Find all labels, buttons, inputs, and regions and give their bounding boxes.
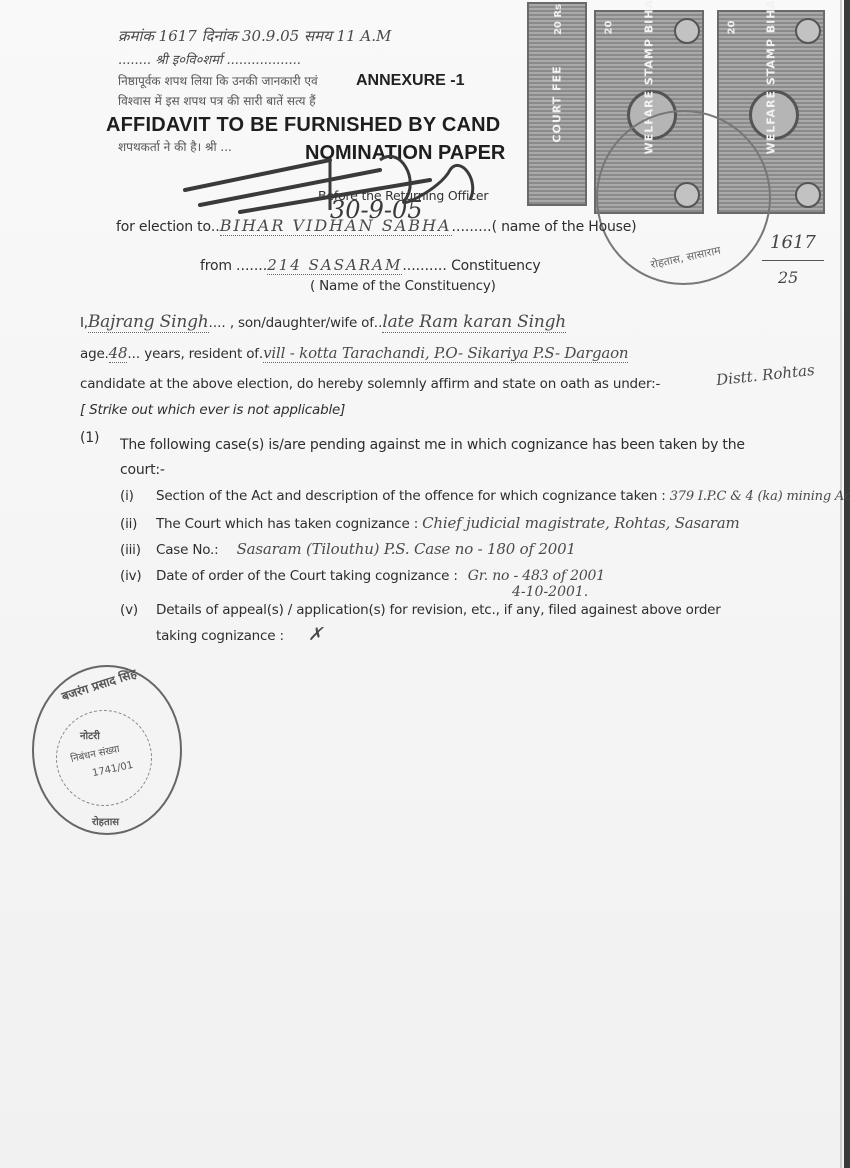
oath-statement: candidate at the above election, do here…: [80, 376, 660, 392]
from-prefix: from: [200, 258, 232, 274]
i-prefix: I,: [80, 315, 88, 331]
stamp-value: 20: [603, 21, 614, 35]
strike-out-note: [ Strike out which ever is not applicabl…: [80, 402, 345, 418]
annexure-label: ANNEXURE -1: [356, 72, 464, 90]
item-label: Details of appeal(s) / application(s) fo…: [156, 602, 721, 618]
item-number: (v): [120, 602, 156, 618]
item-number: (ii): [120, 516, 156, 532]
item-v-line-2: taking cognizance : ✗: [156, 624, 323, 645]
section-1-text-2: court:-: [120, 462, 165, 478]
constituency-label: Constituency: [451, 258, 540, 274]
item-number: (i): [120, 488, 156, 504]
stamp-rosette-icon: [674, 18, 700, 44]
constituency-field: 214 SASARAM: [267, 256, 402, 275]
notary-seal-title: नोटरी: [80, 728, 100, 742]
item-number: (iii): [120, 542, 156, 558]
item-label: The Court which has taken cognizance :: [156, 516, 418, 532]
item-value: ✗: [308, 624, 323, 645]
item-v: (v)Details of appeal(s) / application(s)…: [120, 602, 721, 618]
relation-label: , son/daughter/wife of: [230, 315, 374, 331]
father-name-field: late Ram karan Singh: [382, 312, 566, 333]
item-iv: (iv)Date of order of the Court taking co…: [120, 568, 605, 584]
stamp-value: 20 Rs: [553, 4, 564, 35]
court-fee-stamp: COURT FEE 20 Rs: [527, 2, 587, 206]
stamp-label: WELFARE STAMP BIHAR: [765, 0, 778, 154]
item-value: Chief judicial magistrate, Rohtas, Sasar…: [422, 514, 739, 532]
house-name-field: BIHAR VIDHAN SABHA: [220, 216, 452, 236]
residence-field: vill - kotta Tarachandi, P.O- Sikariya P…: [263, 344, 628, 363]
document-title: AFFIDAVIT TO BE FURNISHED BY CAND: [106, 114, 500, 137]
margin-note-denominator: 25: [778, 268, 798, 287]
age-field: 48: [109, 344, 128, 363]
stamp-label: COURT FEE: [551, 65, 564, 142]
item-value: 379 I.P.C & 4 (ka) mining Act: [670, 489, 850, 504]
section-1-text: The following case(s) is/are pending aga…: [120, 437, 745, 453]
item-ii: (ii)The Court which has taken cognizance…: [120, 514, 740, 532]
item-value: Gr. no - 483 of 2001: [468, 568, 605, 584]
candidate-name-field: Bajrang Singh: [88, 312, 209, 333]
election-prefix: for election to: [116, 219, 211, 235]
stamp-rosette-icon: [795, 18, 821, 44]
constituency-line: from .......214 SASARAM.......... Consti…: [200, 256, 540, 275]
margin-note-numerator: 1617: [770, 232, 816, 253]
notary-seal-place: रोहतास: [92, 814, 119, 828]
age-suffix: years, resident of: [144, 346, 259, 362]
section-1-number: (1): [80, 430, 99, 446]
constituency-caption: ( Name of the Constituency): [310, 278, 496, 294]
officer-inscription: ........ श्री इ०वि०शर्मा ...............…: [118, 50, 301, 68]
item-value: Sasaram (Tilouthu) P.S. Case no - 180 of…: [237, 540, 576, 558]
election-line: for election to..BIHAR VIDHAN SABHA.....…: [116, 216, 636, 236]
scan-edge-line: [840, 0, 842, 1168]
candidate-line: I,Bajrang Singh.... , son/daughter/wife …: [80, 312, 566, 333]
item-label: taking cognizance :: [156, 628, 284, 644]
item-iv-date: 4-10-2001.: [512, 584, 588, 600]
scan-edge: [844, 0, 850, 1168]
margin-note-divider: [762, 260, 824, 261]
house-caption: ( name of the House): [492, 219, 637, 235]
age-prefix: age.: [80, 346, 109, 362]
stamp-rosette-icon: [795, 182, 821, 208]
oath-hindi-line-1: निष्ठापूर्वक शपथ लिया कि उनकी जानकारी एव…: [118, 72, 318, 89]
item-iii: (iii)Case No.: Sasaram (Tilouthu) P.S. C…: [120, 540, 576, 558]
stamp-value: 20: [726, 21, 737, 35]
item-label: Section of the Act and description of th…: [156, 488, 666, 504]
oath-hindi-line-2: विश्वास में इस शपथ पत्र की सारी बातें सत…: [118, 92, 316, 109]
item-label: Case No.:: [156, 542, 219, 558]
item-number: (iv): [120, 568, 156, 584]
item-i: (i)Section of the Act and description of…: [120, 488, 850, 504]
age-residence-line: age.48... years, resident of.vill - kott…: [80, 344, 628, 363]
serial-inscription: क्रमांक 1617 दिनांक 30.9.05 समय 11 A.M: [118, 26, 391, 46]
item-label: Date of order of the Court taking cogniz…: [156, 568, 458, 584]
